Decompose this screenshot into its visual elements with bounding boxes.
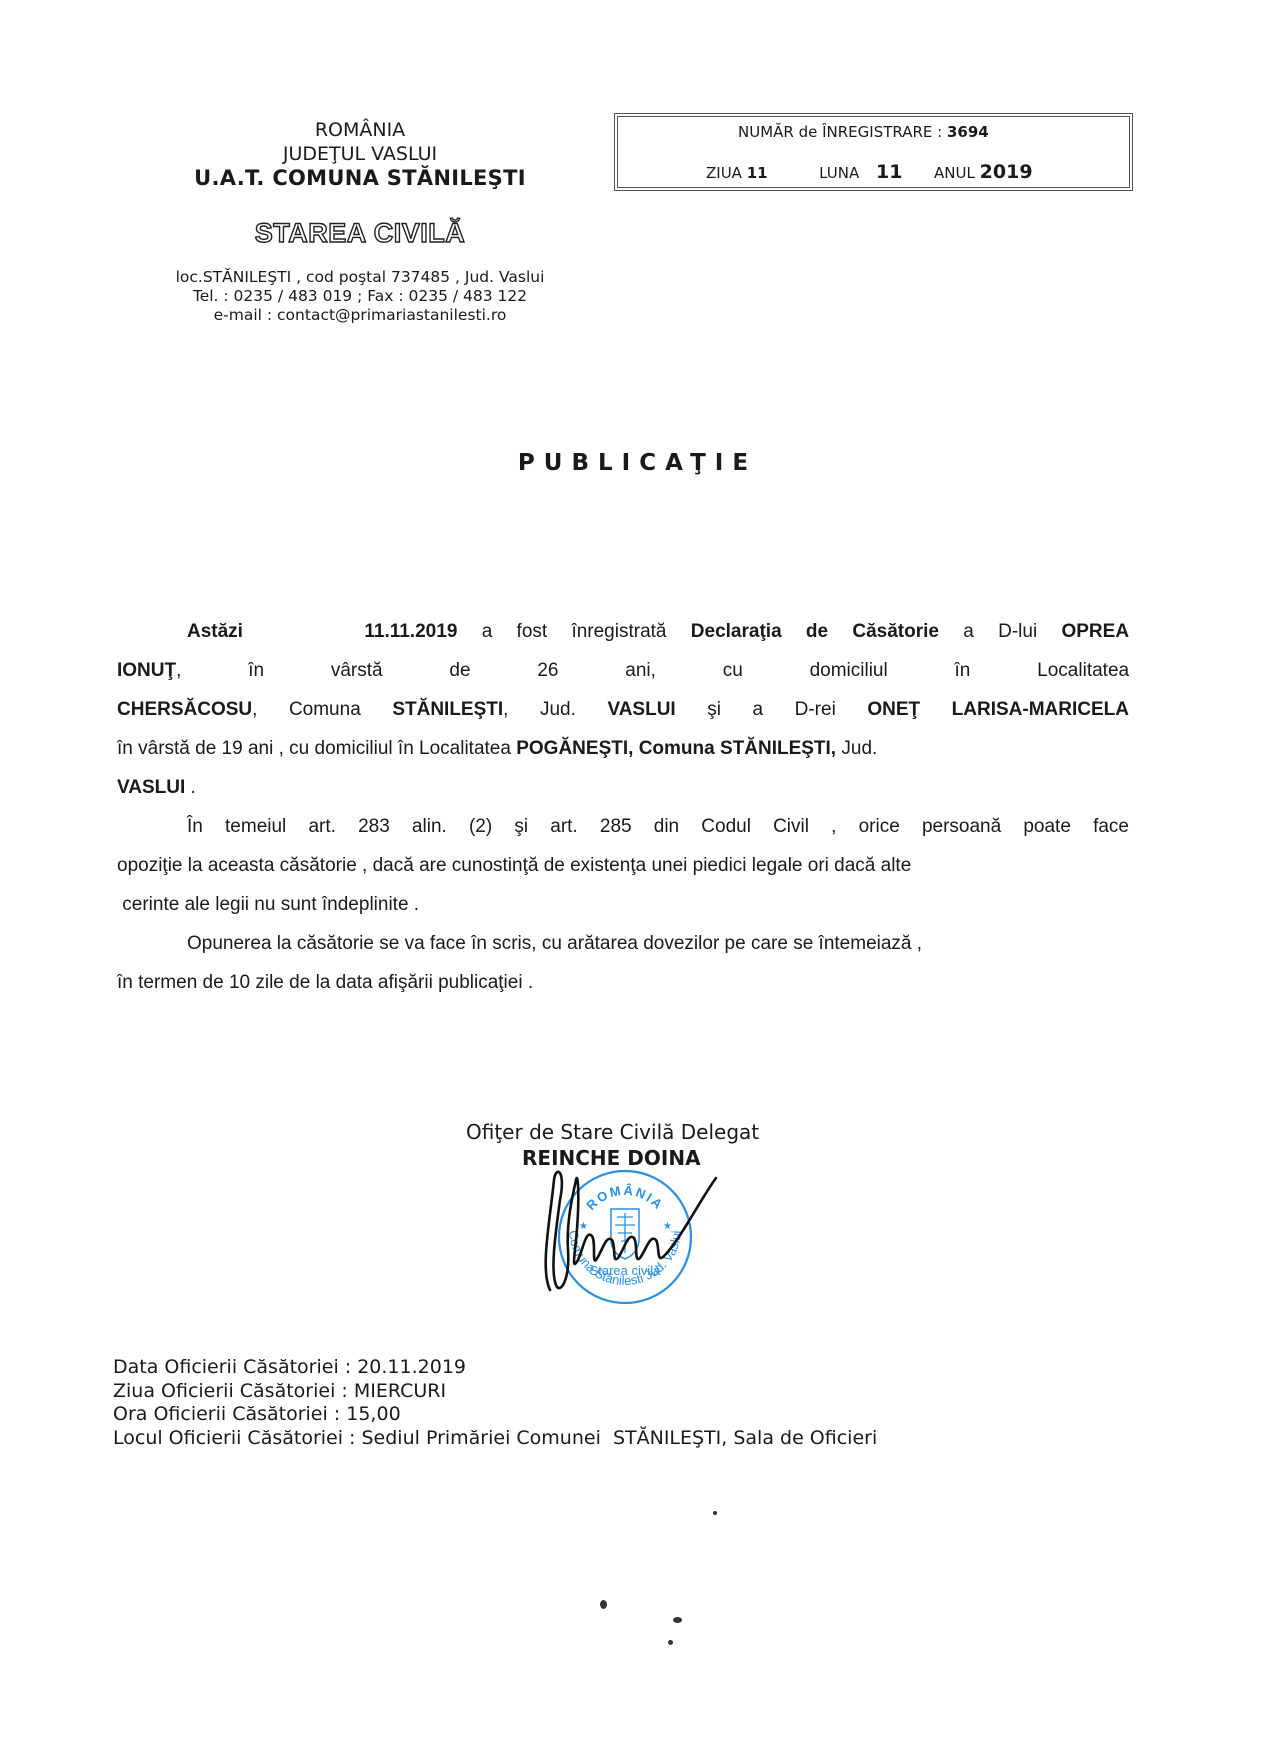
p1-line1: Astăzi 11.11.2019 a fost înregistrată De… <box>117 612 1129 651</box>
contact-block: loc.STĂNILEŞTI , cod poştal 737485 , Jud… <box>140 268 580 325</box>
year-label: ANUL <box>934 164 975 182</box>
p1-line5: VASLUI . <box>117 768 1129 807</box>
p3-line2: în termen de 10 zile de la data afişării… <box>117 963 1129 1002</box>
document-title: PUBLICAŢIE <box>0 450 1275 476</box>
document-body: Astăzi 11.11.2019 a fost înregistrată De… <box>117 612 1129 1002</box>
p2-line1: În temeiul art. 283 alin. (2) şi art. 28… <box>117 807 1129 846</box>
day-label: ZIUA <box>706 164 742 182</box>
registration-number: 3694 <box>947 123 989 141</box>
officer-title: Ofiţer de Stare Civilă Delegat <box>466 1120 759 1144</box>
country: ROMÂNIA <box>140 118 580 142</box>
p1-line3: CHERSĂCOSU, Comuna STĂNILEŞTI, Jud. VASL… <box>117 690 1129 729</box>
registration-date-row: ZIUA 11 LUNA 11 ANUL 2019 <box>706 161 1033 183</box>
day-value: 11 <box>747 164 768 182</box>
handwritten-signature-icon <box>530 1160 730 1300</box>
p2-line3: cerinte ale legii nu sunt îndeplinite . <box>117 885 1129 924</box>
p2-line2: opoziţie la aceasta căsătorie , dacă are… <box>117 846 1129 885</box>
scan-speck <box>713 1511 717 1515</box>
p1-line4: în vârstă de 19 ani , cu domiciliul în L… <box>117 729 1129 768</box>
email: e-mail : contact@primariastanilesti.ro <box>140 306 580 325</box>
scan-speck <box>668 1640 673 1645</box>
registration-number-label: NUMĂR de ÎNREGISTRARE : <box>738 123 942 141</box>
uat-name: U.A.T. COMUNA STĂNILEŞTI <box>140 166 580 190</box>
phone-fax: Tel. : 0235 / 483 019 ; Fax : 0235 / 483… <box>140 287 580 306</box>
department-logo-text: STAREA CIVILĂ <box>140 218 580 249</box>
issuer-header: ROMÂNIA JUDEŢUL VASLUI U.A.T. COMUNA STĂ… <box>140 118 580 190</box>
county: JUDEŢUL VASLUI <box>140 142 580 166</box>
month-value: 11 <box>876 161 902 183</box>
p3-line1: Opunerea la căsătorie se va face în scri… <box>117 924 1129 963</box>
ceremony-time: Ora Oficierii Căsătoriei : 15,00 <box>113 1403 877 1427</box>
scan-speck <box>600 1600 607 1609</box>
ceremony-date: Data Oficierii Căsătoriei : 20.11.2019 <box>113 1356 877 1380</box>
ceremony-day: Ziua Oficierii Căsătoriei : MIERCURI <box>113 1380 877 1404</box>
ceremony-details: Data Oficierii Căsătoriei : 20.11.2019 Z… <box>113 1356 877 1450</box>
address: loc.STĂNILEŞTI , cod poştal 737485 , Jud… <box>140 268 580 287</box>
month-label: LUNA <box>819 164 859 182</box>
registration-number-row: NUMĂR de ÎNREGISTRARE : 3694 <box>618 123 1129 141</box>
scan-speck <box>673 1617 682 1623</box>
p1-line2: IONUŢ, în vârstă de 26 ani, cu domiciliu… <box>117 651 1129 690</box>
year-value: 2019 <box>980 161 1033 183</box>
ceremony-place: Locul Oficierii Căsătoriei : Sediul Prim… <box>113 1427 877 1451</box>
registration-box: NUMĂR de ÎNREGISTRARE : 3694 ZIUA 11 LUN… <box>614 113 1133 191</box>
